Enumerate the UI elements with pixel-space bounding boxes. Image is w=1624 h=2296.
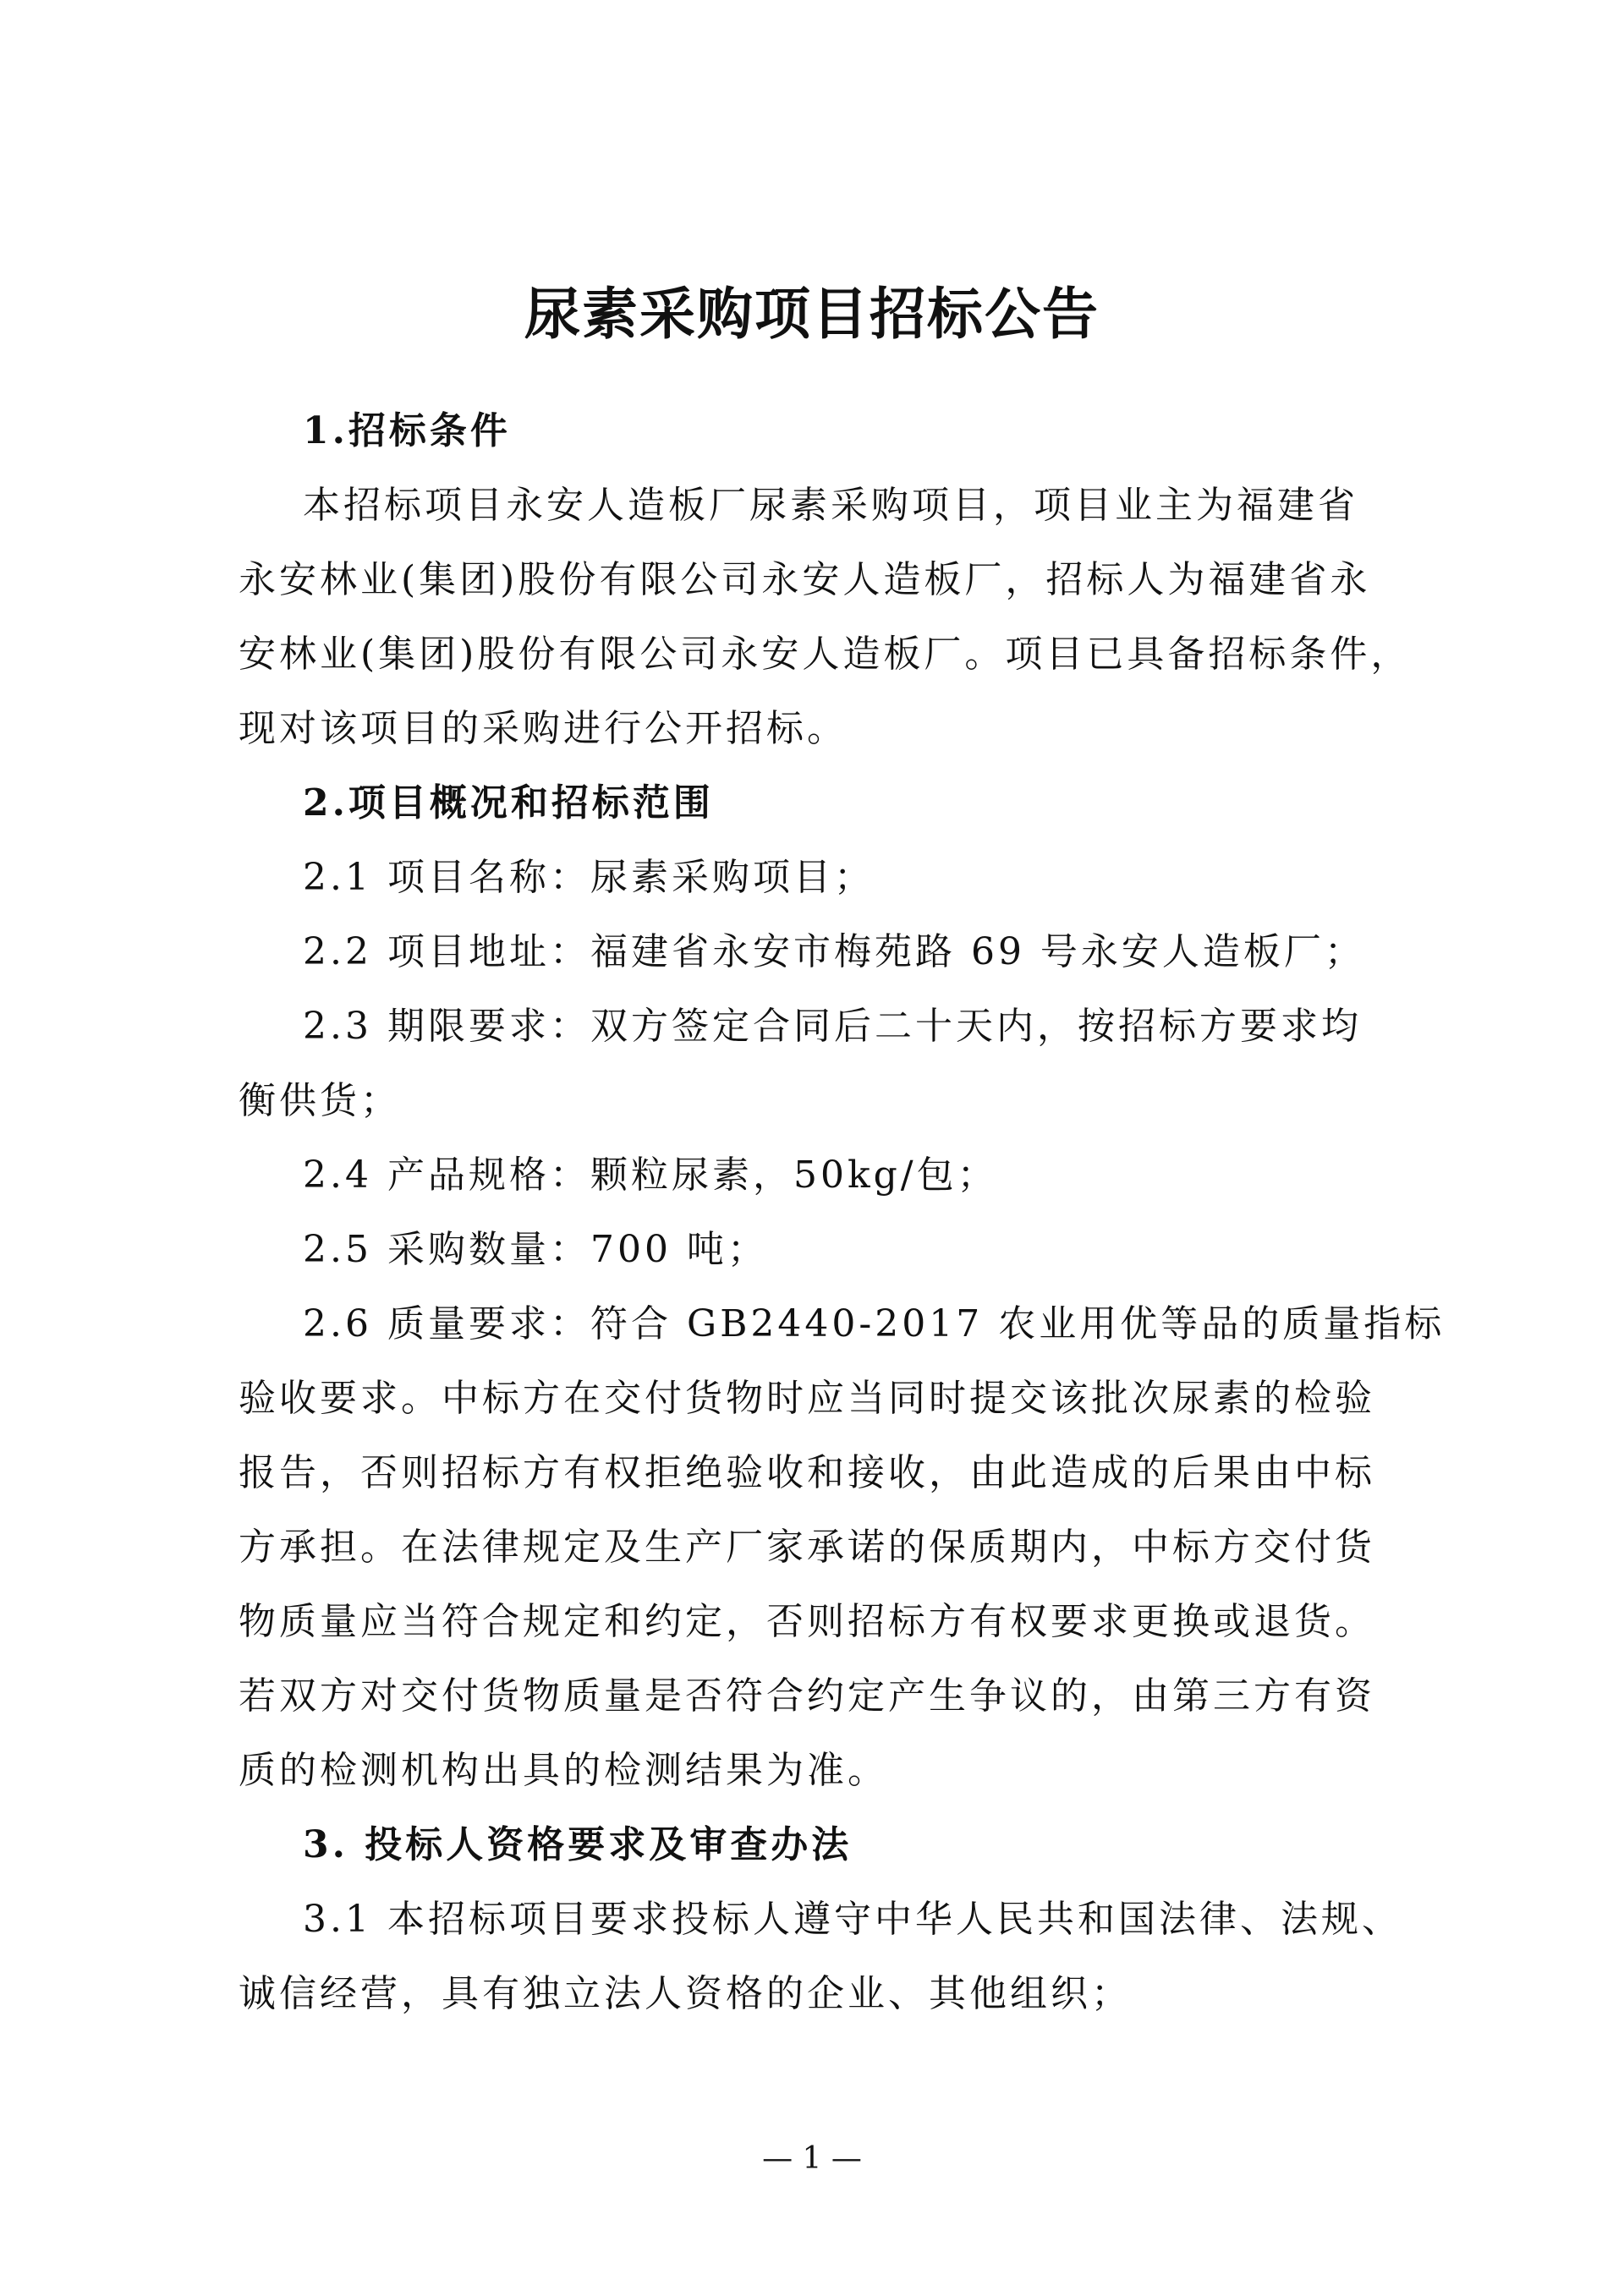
paragraph-line: 现对该项目的采购进行公开招标。 bbox=[239, 704, 1423, 754]
paragraph-line: 2.5 采购数量：700 吨； bbox=[303, 1225, 1487, 1275]
document-page: 尿素采购项目招标公告 1.招标条件 本招标项目永安人造板厂尿素采购项目，项目业主… bbox=[0, 0, 1624, 2296]
paragraph-line: 2.1 项目名称：尿素采购项目； bbox=[303, 852, 1487, 903]
paragraph-line: 3.1 本招标项目要求投标人遵守中华人民共和国法律、法规、 bbox=[303, 1894, 1487, 1945]
paragraph-line: 衡供货； bbox=[239, 1076, 1423, 1126]
paragraph-line: 2.3 期限要求：双方签定合同后二十天内，按招标方要求均 bbox=[303, 1001, 1487, 1052]
paragraph-line: 报告，否则招标方有权拒绝验收和接收，由此造成的后果由中标 bbox=[239, 1448, 1423, 1499]
paragraph-line: 质的检测机构出具的检测结果为准。 bbox=[239, 1745, 1423, 1796]
document-title: 尿素采购项目招标公告 bbox=[0, 269, 1624, 349]
page-number: — 1 — bbox=[0, 2141, 1624, 2176]
paragraph-line: 2.6 质量要求：符合 GB2440-2017 农业用优等品的质量指标 bbox=[303, 1299, 1487, 1350]
paragraph-line: 本招标项目永安人造板厂尿素采购项目，项目业主为福建省 bbox=[303, 480, 1487, 531]
section-heading-3: 3. 投标人资格要求及审查办法 bbox=[303, 1820, 1487, 1871]
paragraph-line: 2.2 项目地址：福建省永安市梅苑路 69 号永安人造板厂； bbox=[303, 927, 1487, 978]
paragraph-line: 诚信经营，具有独立法人资格的企业、其他组织； bbox=[239, 1969, 1423, 2019]
paragraph-line: 若双方对交付货物质量是否符合约定产生争议的，由第三方有资 bbox=[239, 1671, 1423, 1722]
paragraph-line: 方承担。在法律规定及生产厂家承诺的保质期内，中标方交付货 bbox=[239, 1522, 1423, 1573]
paragraph-line: 验收要求。中标方在交付货物时应当同时提交该批次尿素的检验 bbox=[239, 1373, 1423, 1424]
paragraph-line: 2.4 产品规格：颗粒尿素，50kg/包； bbox=[303, 1150, 1487, 1201]
paragraph-line: 永安林业(集团)股份有限公司永安人造板厂，招标人为福建省永 bbox=[239, 555, 1423, 606]
section-heading-2: 2.项目概况和招标范围 bbox=[303, 778, 1487, 829]
paragraph-line: 物质量应当符合规定和约定，否则招标方有权要求更换或退货。 bbox=[239, 1597, 1423, 1647]
section-heading-1: 1.招标条件 bbox=[303, 406, 1487, 457]
paragraph-line: 安林业(集团)股份有限公司永安人造板厂。项目已具备招标条件， bbox=[239, 629, 1423, 680]
